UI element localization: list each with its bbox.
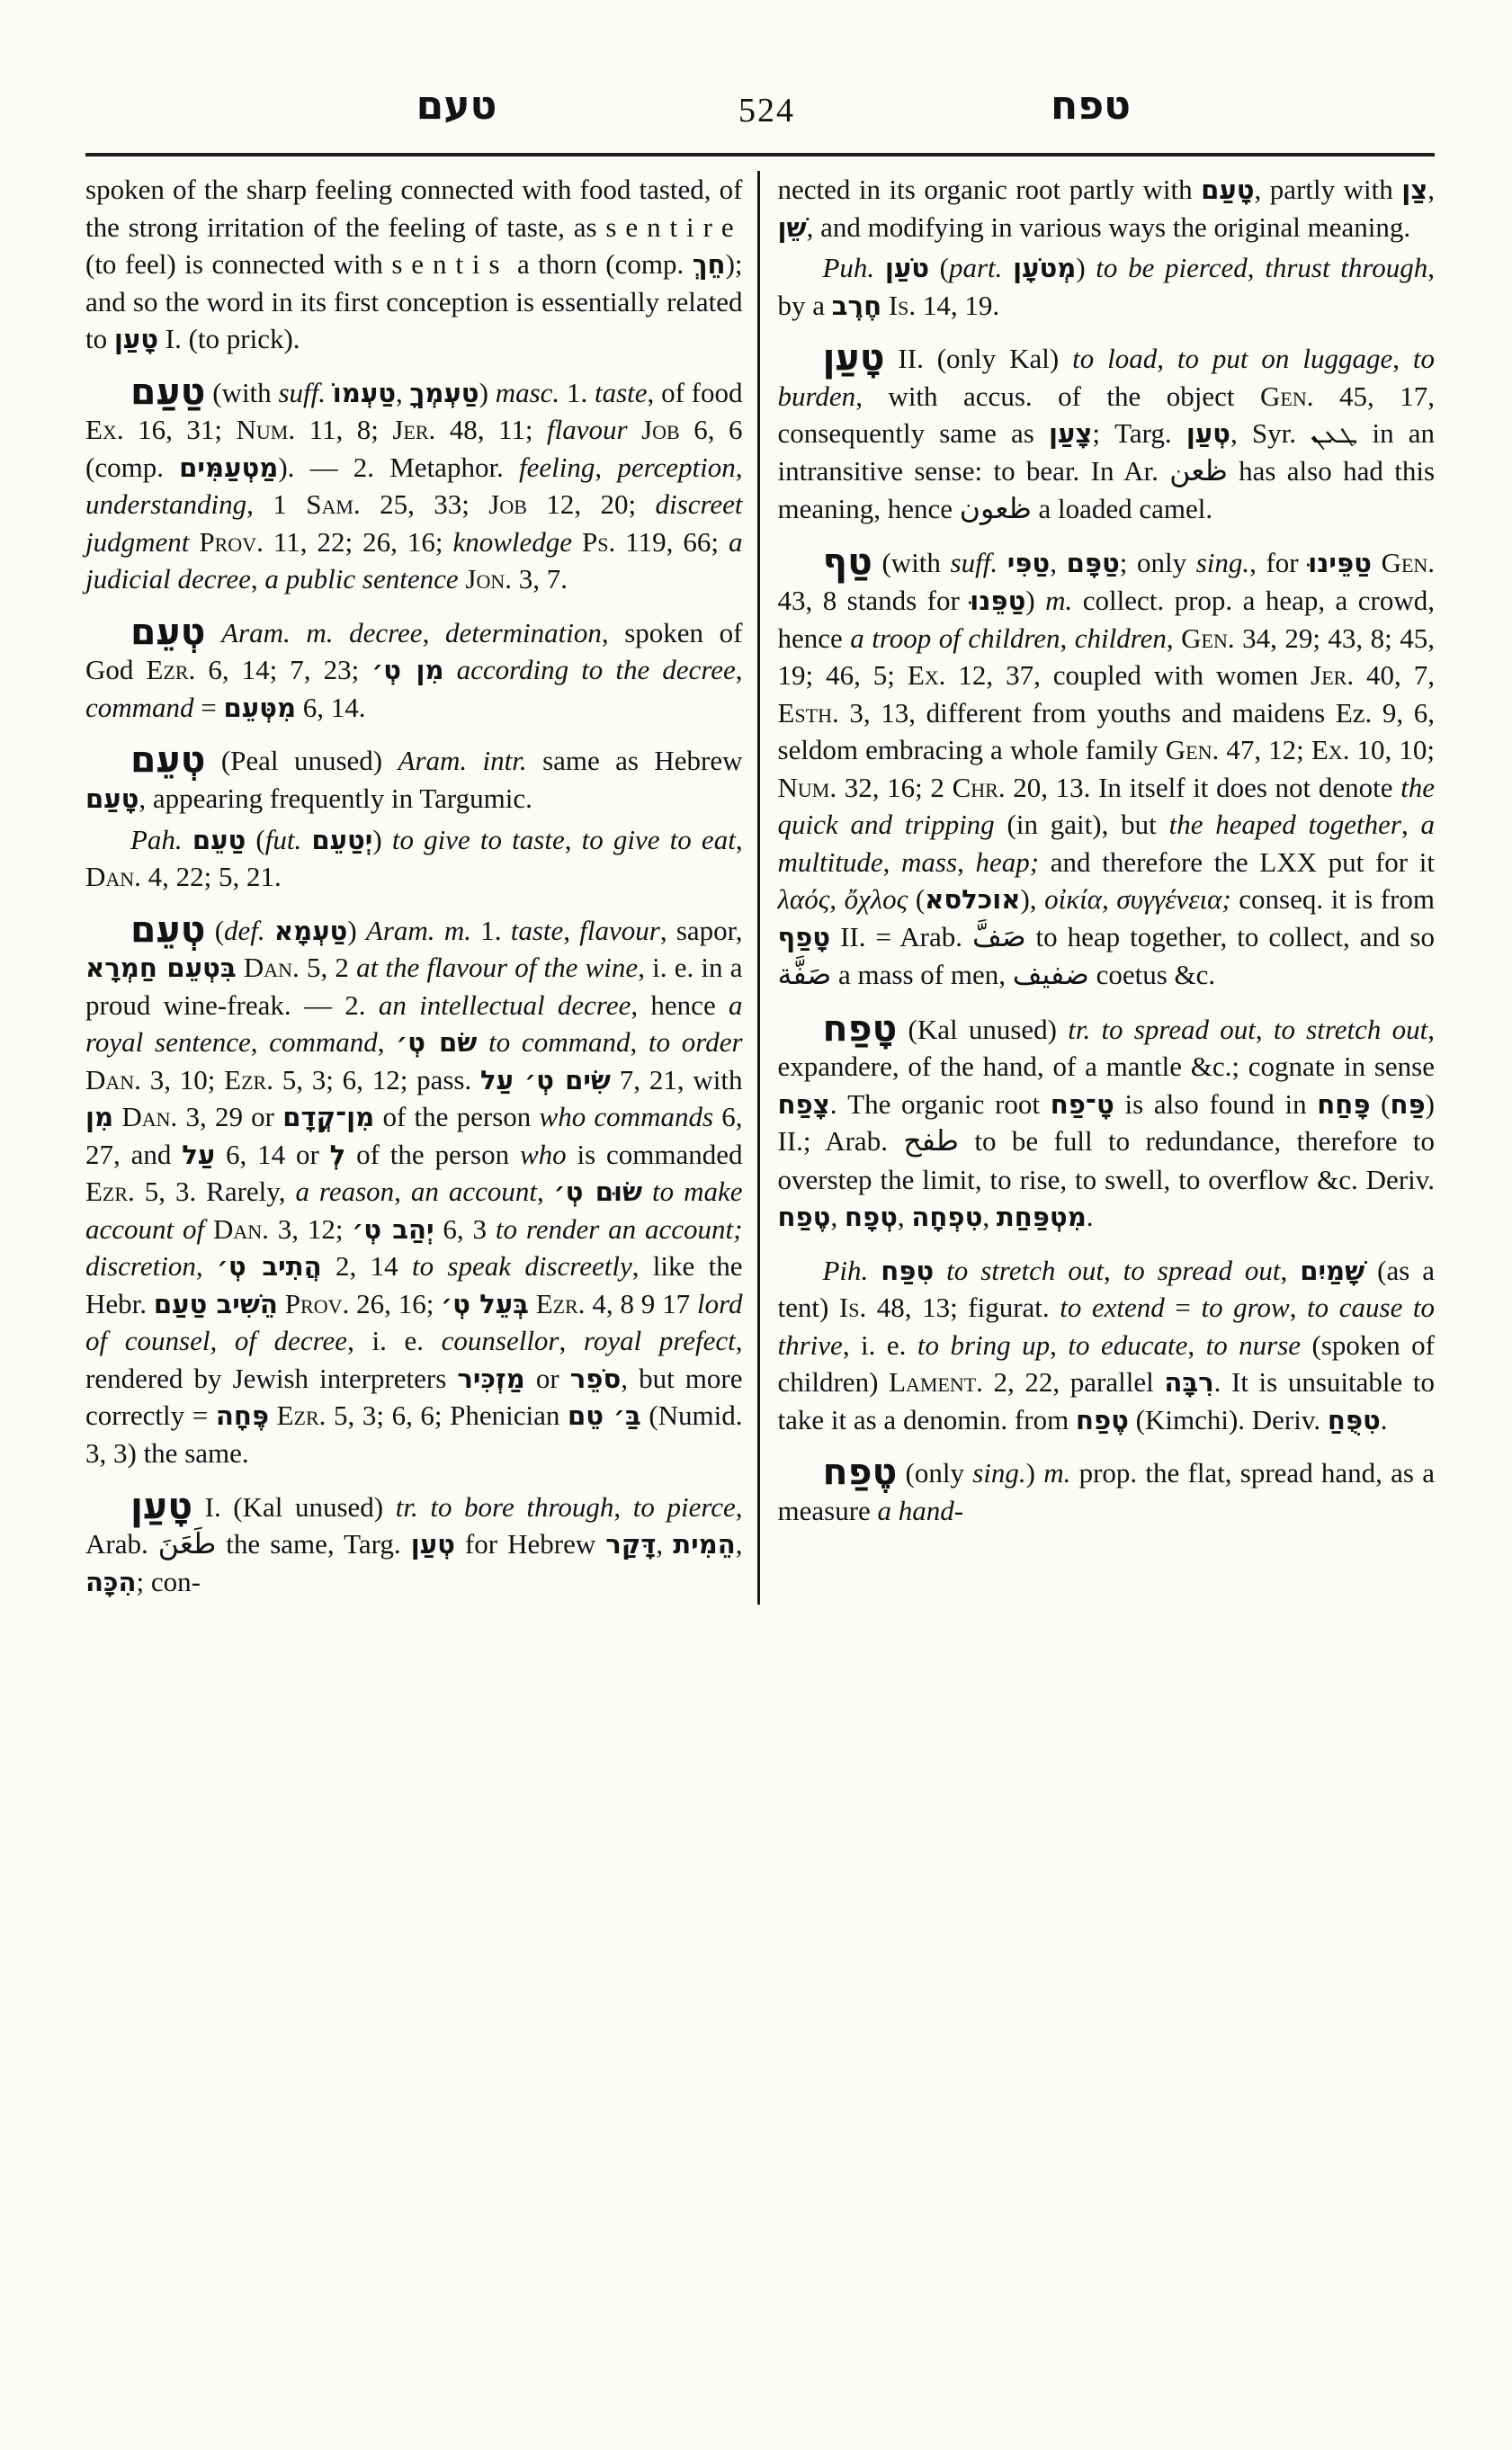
book-abbreviation: Is.	[889, 290, 916, 321]
italic-text: suff.	[278, 377, 326, 408]
hebrew-headword: טְעֵם	[130, 908, 205, 951]
hebrew-text: טָעַם	[1201, 174, 1254, 205]
italic-text: perception	[617, 452, 735, 483]
italic-text: Aram. intr.	[398, 745, 527, 776]
pah-paragraph: Pah. טַעֵם (fut. יְטַעֵם) to give to tas…	[85, 821, 743, 896]
hebrew-text: טַעֵם	[192, 825, 246, 855]
hebrew-text: חֶרֶב	[832, 291, 881, 321]
italic-text: tr. to bore through	[396, 1491, 614, 1523]
hebrew-text: טַעְמוֹ	[333, 378, 396, 408]
letterspaced-text: sentis	[391, 248, 508, 280]
italic-text: to give to taste	[392, 824, 565, 855]
hebrew-text: בִּטְעֵם חַמְרָא	[85, 952, 237, 983]
hebrew-text: שֵׁן	[778, 212, 807, 243]
book-abbreviation: Job	[488, 488, 527, 520]
italic-text: counsellor	[442, 1325, 559, 1356]
continuation-paragraph: spoken of the sharp feeling connected wi…	[85, 171, 743, 358]
hebrew-text: צָעַן	[1049, 418, 1092, 449]
italic-text: children	[1075, 622, 1167, 654]
hebrew-text: טֶפַח	[1076, 1405, 1129, 1435]
hebrew-text: הֲתִיב טְ׳	[217, 1251, 322, 1282]
letterspaced-text: sentire	[605, 211, 742, 243]
italic-text: to bring up	[917, 1329, 1050, 1361]
text-columns: spoken of the sharp feeling connected wi…	[85, 171, 1435, 1605]
italic-text: a public sentence	[264, 563, 458, 595]
hebrew-headword: טָפַח	[823, 1006, 898, 1050]
book-abbreviation: Gen.	[1181, 622, 1234, 654]
hebrew-text: לְ	[330, 1140, 346, 1170]
arabic-text: ظعن	[1169, 455, 1227, 487]
italic-text: feeling	[519, 452, 595, 483]
italic-text: sing.	[972, 1457, 1025, 1489]
hebrew-text: טַפֵּינוּ	[1308, 548, 1372, 578]
italic-text: part.	[949, 252, 1002, 283]
hebrew-text: טְעַן	[411, 1529, 455, 1560]
italic-text: fut.	[265, 824, 301, 855]
hebrew-text: טִפְחָה	[911, 1202, 982, 1232]
italic-text: Aram. m.	[366, 915, 471, 946]
hebrew-text: אוכלסא	[925, 884, 1020, 915]
italic-text: to educate	[1068, 1329, 1187, 1361]
book-abbreviation: Lament.	[889, 1366, 983, 1398]
italic-text: Aram. m. decree	[221, 617, 422, 648]
hebrew-text: מְטֹעָן	[1013, 253, 1076, 283]
italic-text: masc.	[496, 377, 559, 408]
italic-text: to put on luggage	[1177, 343, 1392, 374]
italic-text: to stretch out	[946, 1255, 1104, 1286]
italic-text: understanding	[85, 488, 246, 520]
italic-text: heap;	[976, 846, 1040, 878]
italic-text: royal prefect	[584, 1325, 736, 1356]
entry-taan-1: טָעַן I. (Kal unused) tr. to bore throug…	[85, 1489, 743, 1601]
hebrew-text: מַזְכִּיר	[457, 1364, 524, 1394]
book-abbreviation: Prov.	[285, 1288, 349, 1319]
book-abbreviation: Ezr.	[277, 1399, 327, 1431]
italic-text: m.	[1045, 585, 1072, 616]
book-abbreviation: Jer.	[1311, 659, 1354, 691]
hebrew-headword: טְעֵם	[130, 738, 205, 782]
hebrew-text: בְּעֵל טְ׳	[441, 1289, 529, 1319]
italic-text: the heaped together	[1169, 809, 1401, 840]
hebrew-text: טָפַף	[778, 922, 831, 952]
book-abbreviation: Gen.	[1166, 734, 1219, 765]
book-abbreviation: Jer.	[392, 414, 435, 445]
italic-text: command	[85, 692, 194, 723]
book-abbreviation: Dan.	[213, 1213, 269, 1245]
continuation-paragraph: nected in its organic root partly with ט…	[778, 171, 1436, 246]
italic-text: who	[520, 1139, 567, 1170]
page-header: טעם 524 טפח	[85, 86, 1435, 153]
hebrew-text: שׂוּם טְ׳	[554, 1176, 642, 1207]
hebrew-text: טְפָח	[845, 1202, 898, 1232]
right-column: nected in its organic root partly with ט…	[760, 171, 1436, 1605]
hebrew-text: טַפָּם	[1067, 548, 1120, 578]
hebrew-text: עַל	[182, 1140, 215, 1170]
arabic-text: طفح	[903, 1125, 959, 1158]
hebrew-text: פָּחַח	[1317, 1089, 1370, 1120]
italic-text: Puh.	[823, 252, 875, 283]
hebrew-text: טָ־פַח	[1051, 1089, 1114, 1120]
italic-text: taste	[595, 377, 648, 408]
header-rule	[85, 153, 1435, 156]
pih-paragraph: Pih. טִפַּח to stretch out, to spread ou…	[778, 1252, 1436, 1439]
syriac-text: ܛܥܢ	[1311, 418, 1357, 449]
hebrew-text: מִטְּעֵם	[224, 693, 297, 723]
hebrew-text: פֶּחָה	[216, 1400, 269, 1431]
book-abbreviation: Sam.	[306, 488, 360, 520]
hebrew-text: צַן	[1401, 174, 1427, 205]
hebrew-headword: טֶפַח	[823, 1451, 898, 1494]
greek-text: λαός, ὄχλος	[778, 883, 908, 915]
book-abbreviation: Dan.	[85, 1064, 141, 1095]
hebrew-text: מִן טְ׳	[371, 655, 443, 685]
italic-text: def.	[224, 915, 265, 946]
hebrew-text: טְעַן	[1186, 418, 1230, 449]
hebrew-text: טִפַּח	[881, 1256, 934, 1286]
hebrew-text: מַטְעַמִּים	[179, 452, 278, 483]
greek-text: οἰκία, συγγένεια;	[1044, 883, 1231, 915]
book-abbreviation: Job	[641, 414, 680, 445]
running-head-right: טפח	[1051, 86, 1131, 126]
italic-text: who commands	[540, 1101, 714, 1132]
entry-teem-def-noun: טְעֵם (def. טַעְמָא) Aram. m. 1. taste, …	[85, 912, 743, 1472]
italic-text: to order	[649, 1026, 743, 1058]
running-head-left: טעם	[416, 86, 497, 126]
italic-text: to give to eat	[582, 824, 736, 855]
book-abbreviation: Chr.	[953, 772, 1006, 803]
book-abbreviation: Ex.	[1311, 734, 1350, 765]
italic-text: m.	[1043, 1457, 1070, 1489]
hebrew-headword: טָעַן	[130, 1484, 192, 1527]
italic-text: to nurse	[1206, 1329, 1301, 1361]
italic-text: knowledge	[452, 526, 572, 558]
hebrew-headword: טָעַן	[823, 336, 885, 380]
hebrew-text: הִכָּה	[85, 1567, 137, 1597]
italic-text: to grow	[1201, 1292, 1289, 1323]
book-abbreviation: Ex.	[908, 659, 946, 691]
hebrew-text: חֵךְ	[693, 249, 726, 280]
italic-text: determination	[445, 617, 602, 648]
italic-text: Pih.	[823, 1255, 869, 1286]
italic-text: to be pierced	[1096, 252, 1248, 283]
entry-taf: טַף (with suff. טַפִּי, טַפָּם; only sin…	[778, 544, 1436, 994]
book-abbreviation: Dan.	[85, 861, 141, 892]
hebrew-text: יְהַב טְ׳	[352, 1214, 434, 1245]
book-abbreviation: Jon.	[465, 563, 512, 595]
hebrew-text: מִן־קֳדָם	[282, 1102, 374, 1132]
entry-tefach-noun: טֶפַח (only sing.) m. prop. the flat, sp…	[778, 1454, 1436, 1529]
book-abbreviation: Esth.	[778, 697, 839, 729]
arabic-text: طَعَنَ	[158, 1528, 216, 1560]
hebrew-text: סֹפֵר	[570, 1364, 622, 1394]
arabic-text: ظعون	[960, 493, 1032, 525]
entry-taan-2: טָעַן II. (only Kal) to load, to put on …	[778, 340, 1436, 528]
hebrew-text: טֶפַח	[778, 1202, 831, 1232]
italic-text: sing.	[1196, 547, 1249, 578]
hebrew-headword: טְעֵם	[130, 610, 205, 653]
book-abbreviation: Prov.	[199, 526, 263, 558]
entry-tafach-verb: טָפַח (Kal unused) tr. to spread out, to…	[778, 1011, 1436, 1236]
italic-text: to stretch out	[1274, 1014, 1427, 1045]
italic-text: command	[269, 1026, 378, 1058]
hebrew-text: רִבָּה	[1164, 1367, 1213, 1398]
italic-text: Pah.	[130, 824, 183, 855]
italic-text: mass	[901, 846, 957, 878]
arabic-text: ضفيف	[1013, 959, 1089, 991]
italic-text: a troop of children	[850, 622, 1060, 654]
left-column: spoken of the sharp feeling connected wi…	[85, 171, 760, 1605]
italic-text: to pierce	[633, 1491, 736, 1523]
italic-text: according to the decree	[457, 654, 736, 685]
italic-text: a reason	[295, 1176, 394, 1207]
italic-text: taste	[511, 915, 564, 946]
page-number: 524	[738, 94, 795, 128]
hebrew-text: מִטְפַּחַת	[997, 1202, 1087, 1232]
book-abbreviation: Ex.	[85, 414, 124, 445]
italic-text: tr. to spread out	[1068, 1014, 1256, 1045]
hebrew-text: שׂם טְ׳	[396, 1027, 477, 1058]
hebrew-text: הֵמִית	[673, 1529, 736, 1560]
book-abbreviation: Gen.	[1382, 547, 1435, 578]
hebrew-text: שִׂים טְ׳ עַל	[480, 1065, 611, 1095]
italic-text: to spread out	[1123, 1255, 1281, 1286]
italic-text: to speak discreetly	[412, 1250, 632, 1282]
hebrew-text: טֹעַן	[885, 253, 929, 283]
book-abbreviation: Ezr.	[85, 1176, 135, 1207]
book-abbreviation: Num.	[236, 414, 295, 445]
entry-teem-peal: טְעֵם (Peal unused) Aram. intr. same as …	[85, 742, 743, 817]
italic-text: thrust through	[1265, 252, 1427, 283]
hebrew-text: פַּח	[1391, 1089, 1426, 1120]
entry-taam-noun: טַעַם (with suff. טַעְמוֹ, טַעְמְךָ) mas…	[85, 374, 743, 598]
hebrew-text: צָפַח	[778, 1089, 830, 1120]
italic-text: an account	[411, 1176, 537, 1207]
book-abbreviation: Ezr.	[224, 1064, 273, 1095]
hebrew-text: בַּ׳ טֵם	[568, 1400, 641, 1431]
italic-text: flavour	[579, 915, 660, 946]
hebrew-text: טַפִּי	[1007, 548, 1051, 578]
hebrew-text: טַעְמְךָ	[410, 378, 479, 408]
book-abbreviation: Num.	[778, 772, 837, 803]
hebrew-text: הֵשִׁיב טַעַם	[154, 1289, 278, 1319]
italic-text: suff.	[951, 547, 998, 578]
hebrew-text: טָעַם	[85, 783, 139, 814]
italic-text: flavour	[547, 414, 628, 445]
hebrew-text: דָּקַר	[605, 1529, 656, 1560]
hebrew-text: יְטַעֵם	[311, 825, 372, 855]
book-abbreviation: Ezr.	[146, 654, 195, 685]
hebrew-text: טִפֻּחַ	[1328, 1405, 1381, 1435]
hebrew-text: שָׁמַיִם	[1300, 1256, 1364, 1286]
hebrew-text: טַפֵּנוּ	[970, 586, 1025, 616]
puh-paragraph: Puh. טֹעַן (part. מְטֹעָן) to be pierced…	[778, 249, 1436, 324]
hebrew-text: מִן	[85, 1102, 113, 1132]
book-abbreviation: Is.	[839, 1292, 866, 1323]
hebrew-headword: טַף	[823, 541, 872, 584]
book-abbreviation: Dan.	[121, 1101, 177, 1132]
entry-teem-aram-noun: טְעֵם Aram. m. decree, determination, sp…	[85, 614, 743, 727]
book-abbreviation: Ps.	[582, 526, 615, 558]
book-abbreviation: Dan.	[244, 952, 300, 983]
hebrew-headword: טַעַם	[130, 370, 205, 413]
hebrew-text: טַעְמָא	[274, 916, 347, 946]
italic-text: to command	[488, 1026, 630, 1058]
italic-text: to extend	[1060, 1292, 1165, 1323]
book-abbreviation: Ezr.	[536, 1288, 586, 1319]
italic-text: an intellectual decree	[379, 989, 631, 1021]
italic-text: to load	[1072, 343, 1157, 374]
arabic-text: صَفَّ	[972, 921, 1026, 953]
arabic-text: صَفَّة	[778, 959, 832, 991]
italic-text: at the flavour of the wine	[356, 952, 638, 983]
hebrew-text: טָעַן	[114, 324, 158, 354]
italic-text: a hand-	[878, 1495, 964, 1526]
book-abbreviation: Gen.	[1260, 380, 1313, 412]
dictionary-page: טעם 524 טפח spoken of the sharp feeling …	[0, 0, 1512, 2450]
